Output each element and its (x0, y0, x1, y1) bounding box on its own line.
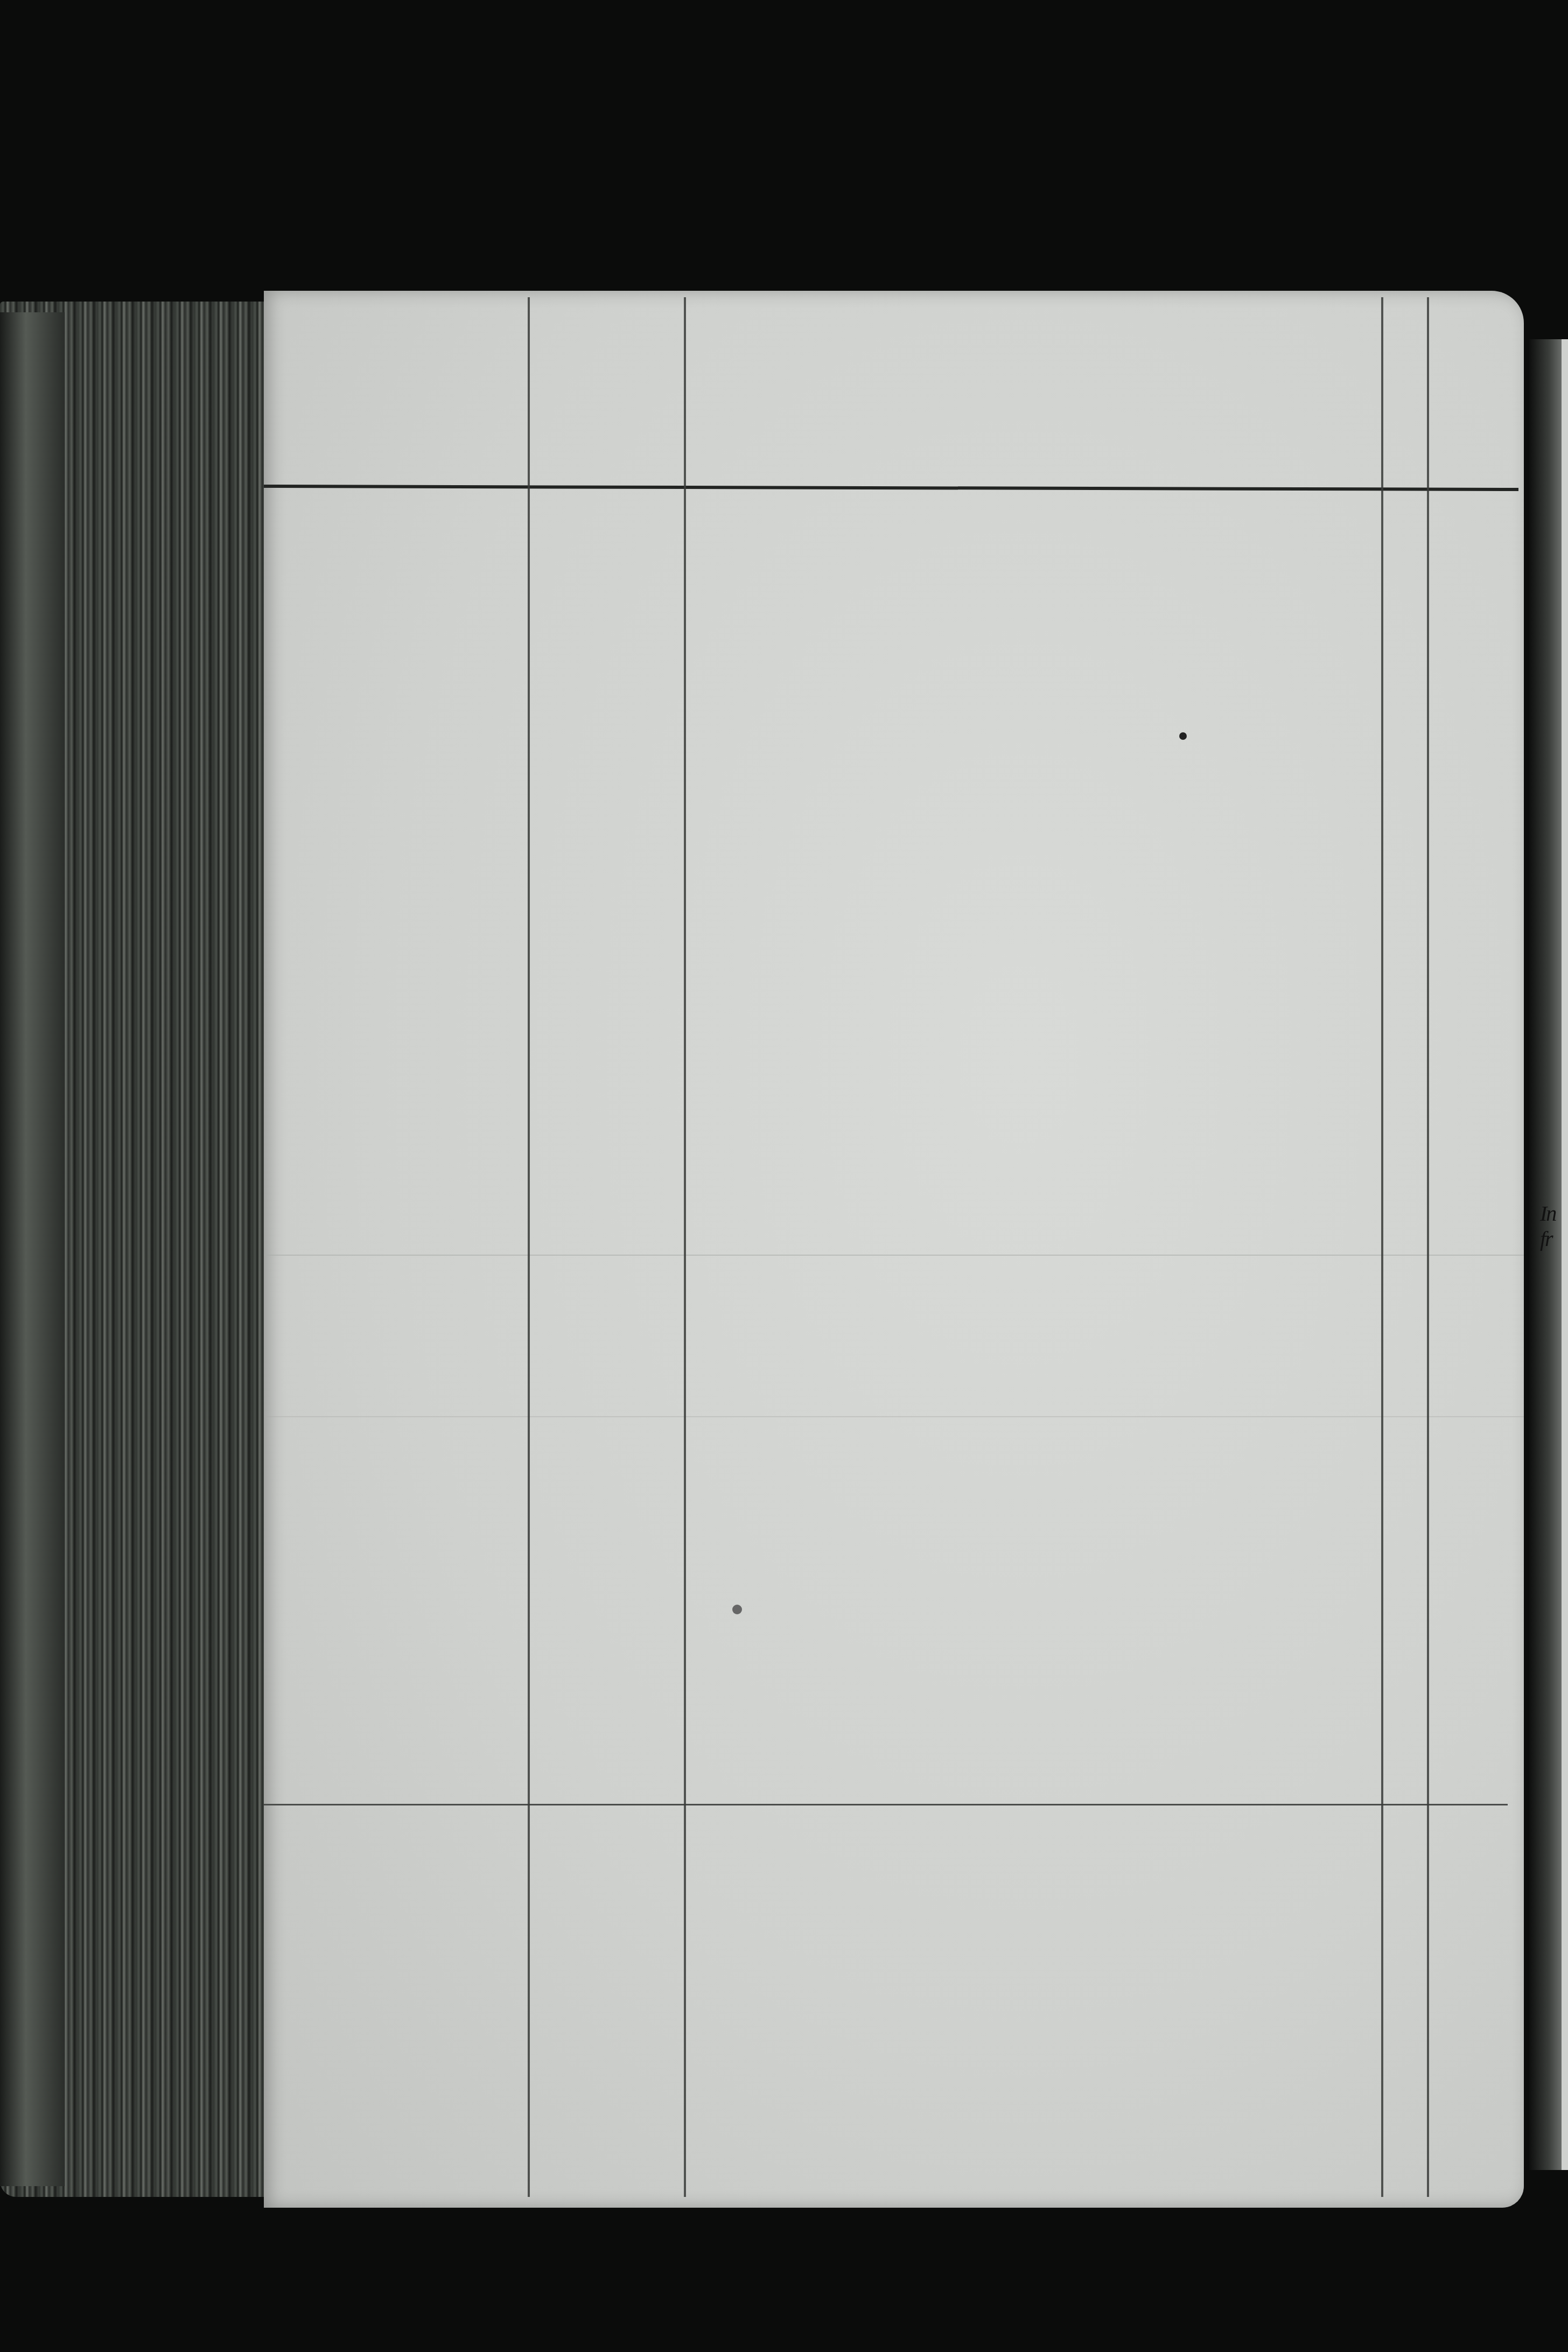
blank-ledger-page (264, 291, 1524, 2208)
facing-page-gutter (1529, 339, 1562, 2170)
column-rule (1381, 297, 1383, 2197)
faint-rule (264, 1416, 1524, 1417)
ledger-book: In fr (0, 291, 1568, 2229)
header-rule (264, 485, 1518, 491)
facing-page-margin-note: In fr (1540, 1201, 1568, 1251)
column-rule (684, 297, 686, 2197)
column-rule (1427, 297, 1429, 2197)
book-spine-edge (0, 312, 65, 2186)
lower-rule (264, 1804, 1508, 1805)
column-rule (528, 297, 530, 2197)
paper-speck (732, 1605, 742, 1614)
paper-speck (1179, 732, 1187, 740)
faint-rule (264, 1255, 1524, 1256)
